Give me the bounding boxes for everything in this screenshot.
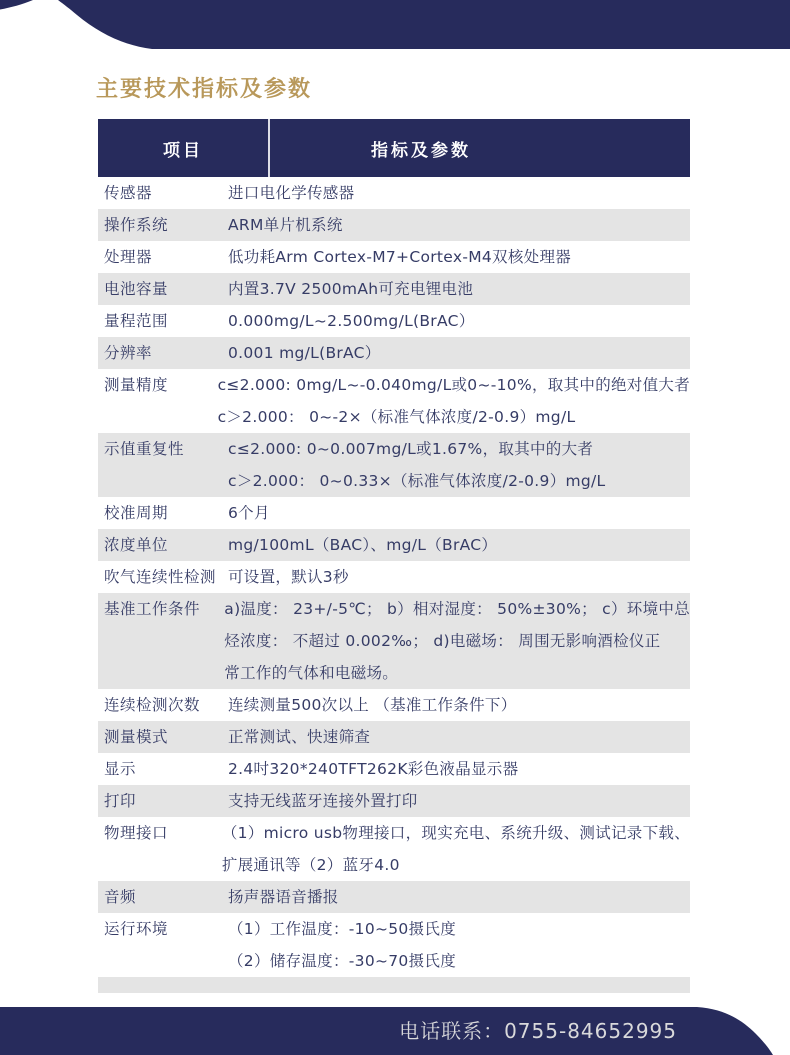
column-header-spec: 指标及参数 [270,119,690,177]
row-label: 显示 [98,753,228,785]
row-value: 内置3.7V 2500mAh可充电锂电池 [228,273,690,305]
row-label: 基准工作条件 [98,593,224,625]
table-row: 吹气连续性检测可设置，默认3秒 [98,561,690,593]
table-row: 量程范围0.000mg/L~2.500mg/L(BrAC） [98,305,690,337]
contact-phone: 电话联系：0755-84652995 [399,1007,677,1055]
column-header-item: 项目 [98,119,268,177]
row-value: （1）micro usb物理接口，现实充电、系统升级、测试记录下载、扩展通讯等（… [222,817,690,881]
row-value: 扬声器语音播报 [228,881,690,913]
table-row: 打印支持无线蓝牙连接外置打印 [98,785,690,817]
row-value: 正常测试、快速筛查 [228,721,690,753]
table-empty-row [98,977,690,993]
row-value: 支持无线蓝牙连接外置打印 [228,785,690,817]
row-value-line: c≤2.000: 0mg/L~-0.040mg/L或0~-10%，取其中的绝对值… [218,369,690,401]
row-value-line: （1）工作温度：-10~50摄氏度 [228,913,690,945]
table-row: 分辨率0.001 mg/L(BrAC） [98,337,690,369]
row-label: 运行环境 [98,913,228,945]
row-label: 校准周期 [98,497,228,529]
row-label: 吹气连续性检测 [98,561,228,593]
row-value: 低功耗Arm Cortex-M7+Cortex-M4双核处理器 [228,241,690,273]
row-value-line: 连续测量500次以上 （基准工作条件下） [228,689,690,721]
table-row: 测量精度c≤2.000: 0mg/L~-0.040mg/L或0~-10%，取其中… [98,369,690,433]
table-body: 传感器进口电化学传感器操作系统ARM单片机系统处理器低功耗Arm Cortex-… [98,177,690,977]
row-value: c≤2.000: 0~0.007mg/L或1.67%，取其中的大者c＞2.000… [228,433,690,497]
table-row: 运行环境（1）工作温度：-10~50摄氏度（2）储存温度：-30~70摄氏度 [98,913,690,977]
row-value-line: 6个月 [228,497,690,529]
row-label: 分辨率 [98,337,228,369]
table-row: 校准周期6个月 [98,497,690,529]
table-row: 测量模式正常测试、快速筛查 [98,721,690,753]
row-label: 连续检测次数 [98,689,228,721]
row-label: 物理接口 [98,817,222,849]
row-value-line: a)温度： 23+/-5℃； b）相对湿度： 50%±30%； c）环境中总 [224,593,690,625]
row-value-line: 扬声器语音播报 [228,881,690,913]
table-row: 示值重复性c≤2.000: 0~0.007mg/L或1.67%，取其中的大者c＞… [98,433,690,497]
header-swoosh-bar [0,0,790,49]
row-value: a)温度： 23+/-5℃； b）相对湿度： 50%±30%； c）环境中总烃浓… [224,593,690,689]
row-value-line: （1）micro usb物理接口，现实充电、系统升级、测试记录下载、 [222,817,690,849]
spec-sheet-page: 主要技术指标及参数 项目 指标及参数 传感器进口电化学传感器操作系统ARM单片机… [0,0,790,1055]
row-value: ARM单片机系统 [228,209,690,241]
row-value-line: 进口电化学传感器 [228,177,690,209]
row-value: 进口电化学传感器 [228,177,690,209]
row-value: c≤2.000: 0mg/L~-0.040mg/L或0~-10%，取其中的绝对值… [218,369,690,433]
row-label: 打印 [98,785,228,817]
row-value-line: 支持无线蓝牙连接外置打印 [228,785,690,817]
header-main-band [58,0,790,49]
row-value-line: 2.4吋320*240TFT262K彩色液晶显示器 [228,753,690,785]
row-value-line: 正常测试、快速筛查 [228,721,690,753]
page-footer: 电话联系：0755-84652995 [0,1007,790,1055]
row-label: 量程范围 [98,305,228,337]
row-value-line: 可设置，默认3秒 [228,561,690,593]
page-title: 主要技术指标及参数 [96,72,312,103]
row-value-line: 0.000mg/L~2.500mg/L(BrAC） [228,305,690,337]
table-row: 音频扬声器语音播报 [98,881,690,913]
row-value-line: c＞2.000： 0~0.33×（标准气体浓度/2-0.9）mg/L [228,465,690,497]
row-value-line: c≤2.000: 0~0.007mg/L或1.67%，取其中的大者 [228,433,690,465]
row-label: 音频 [98,881,228,913]
table-row: 操作系统ARM单片机系统 [98,209,690,241]
table-row: 浓度单位mg/100mL（BAC）、mg/L（BrAC） [98,529,690,561]
row-label: 示值重复性 [98,433,228,465]
table-row: 电池容量内置3.7V 2500mAh可充电锂电池 [98,273,690,305]
row-value-line: ARM单片机系统 [228,209,690,241]
row-value-line: 扩展通讯等（2）蓝牙4.0 [222,849,690,881]
row-label: 传感器 [98,177,228,209]
table-header-row: 项目 指标及参数 [98,119,690,177]
row-value-line: 常工作的气体和电磁场。 [224,657,690,689]
table-row: 基准工作条件a)温度： 23+/-5℃； b）相对湿度： 50%±30%； c）… [98,593,690,689]
row-label: 测量精度 [98,369,218,401]
row-value-line: 低功耗Arm Cortex-M7+Cortex-M4双核处理器 [228,241,690,273]
row-label: 浓度单位 [98,529,228,561]
row-value-line: mg/100mL（BAC）、mg/L（BrAC） [228,529,690,561]
row-value-line: （2）储存温度：-30~70摄氏度 [228,945,690,977]
row-value: 2.4吋320*240TFT262K彩色液晶显示器 [228,753,690,785]
row-label: 处理器 [98,241,228,273]
table-row: 传感器进口电化学传感器 [98,177,690,209]
row-value: 0.001 mg/L(BrAC） [228,337,690,369]
row-value-line: 0.001 mg/L(BrAC） [228,337,690,369]
row-value: mg/100mL（BAC）、mg/L（BrAC） [228,529,690,561]
table-row: 显示2.4吋320*240TFT262K彩色液晶显示器 [98,753,690,785]
row-value: 可设置，默认3秒 [228,561,690,593]
row-value-line: c＞2.000： 0~-2×（标准气体浓度/2-0.9）mg/L [218,401,690,433]
row-value: （1）工作温度：-10~50摄氏度（2）储存温度：-30~70摄氏度 [228,913,690,977]
row-label: 测量模式 [98,721,228,753]
row-value-line: 内置3.7V 2500mAh可充电锂电池 [228,273,690,305]
spec-table: 项目 指标及参数 传感器进口电化学传感器操作系统ARM单片机系统处理器低功耗Ar… [98,119,690,993]
row-value-line: 烃浓度： 不超过 0.002‰； d)电磁场： 周围无影响酒检仪正 [224,625,690,657]
row-label: 操作系统 [98,209,228,241]
row-value: 6个月 [228,497,690,529]
table-row: 连续检测次数连续测量500次以上 （基准工作条件下） [98,689,690,721]
table-row: 处理器低功耗Arm Cortex-M7+Cortex-M4双核处理器 [98,241,690,273]
row-value: 0.000mg/L~2.500mg/L(BrAC） [228,305,690,337]
row-value: 连续测量500次以上 （基准工作条件下） [228,689,690,721]
row-label: 电池容量 [98,273,228,305]
header-corner-wedge [0,0,33,10]
table-row: 物理接口（1）micro usb物理接口，现实充电、系统升级、测试记录下载、扩展… [98,817,690,881]
